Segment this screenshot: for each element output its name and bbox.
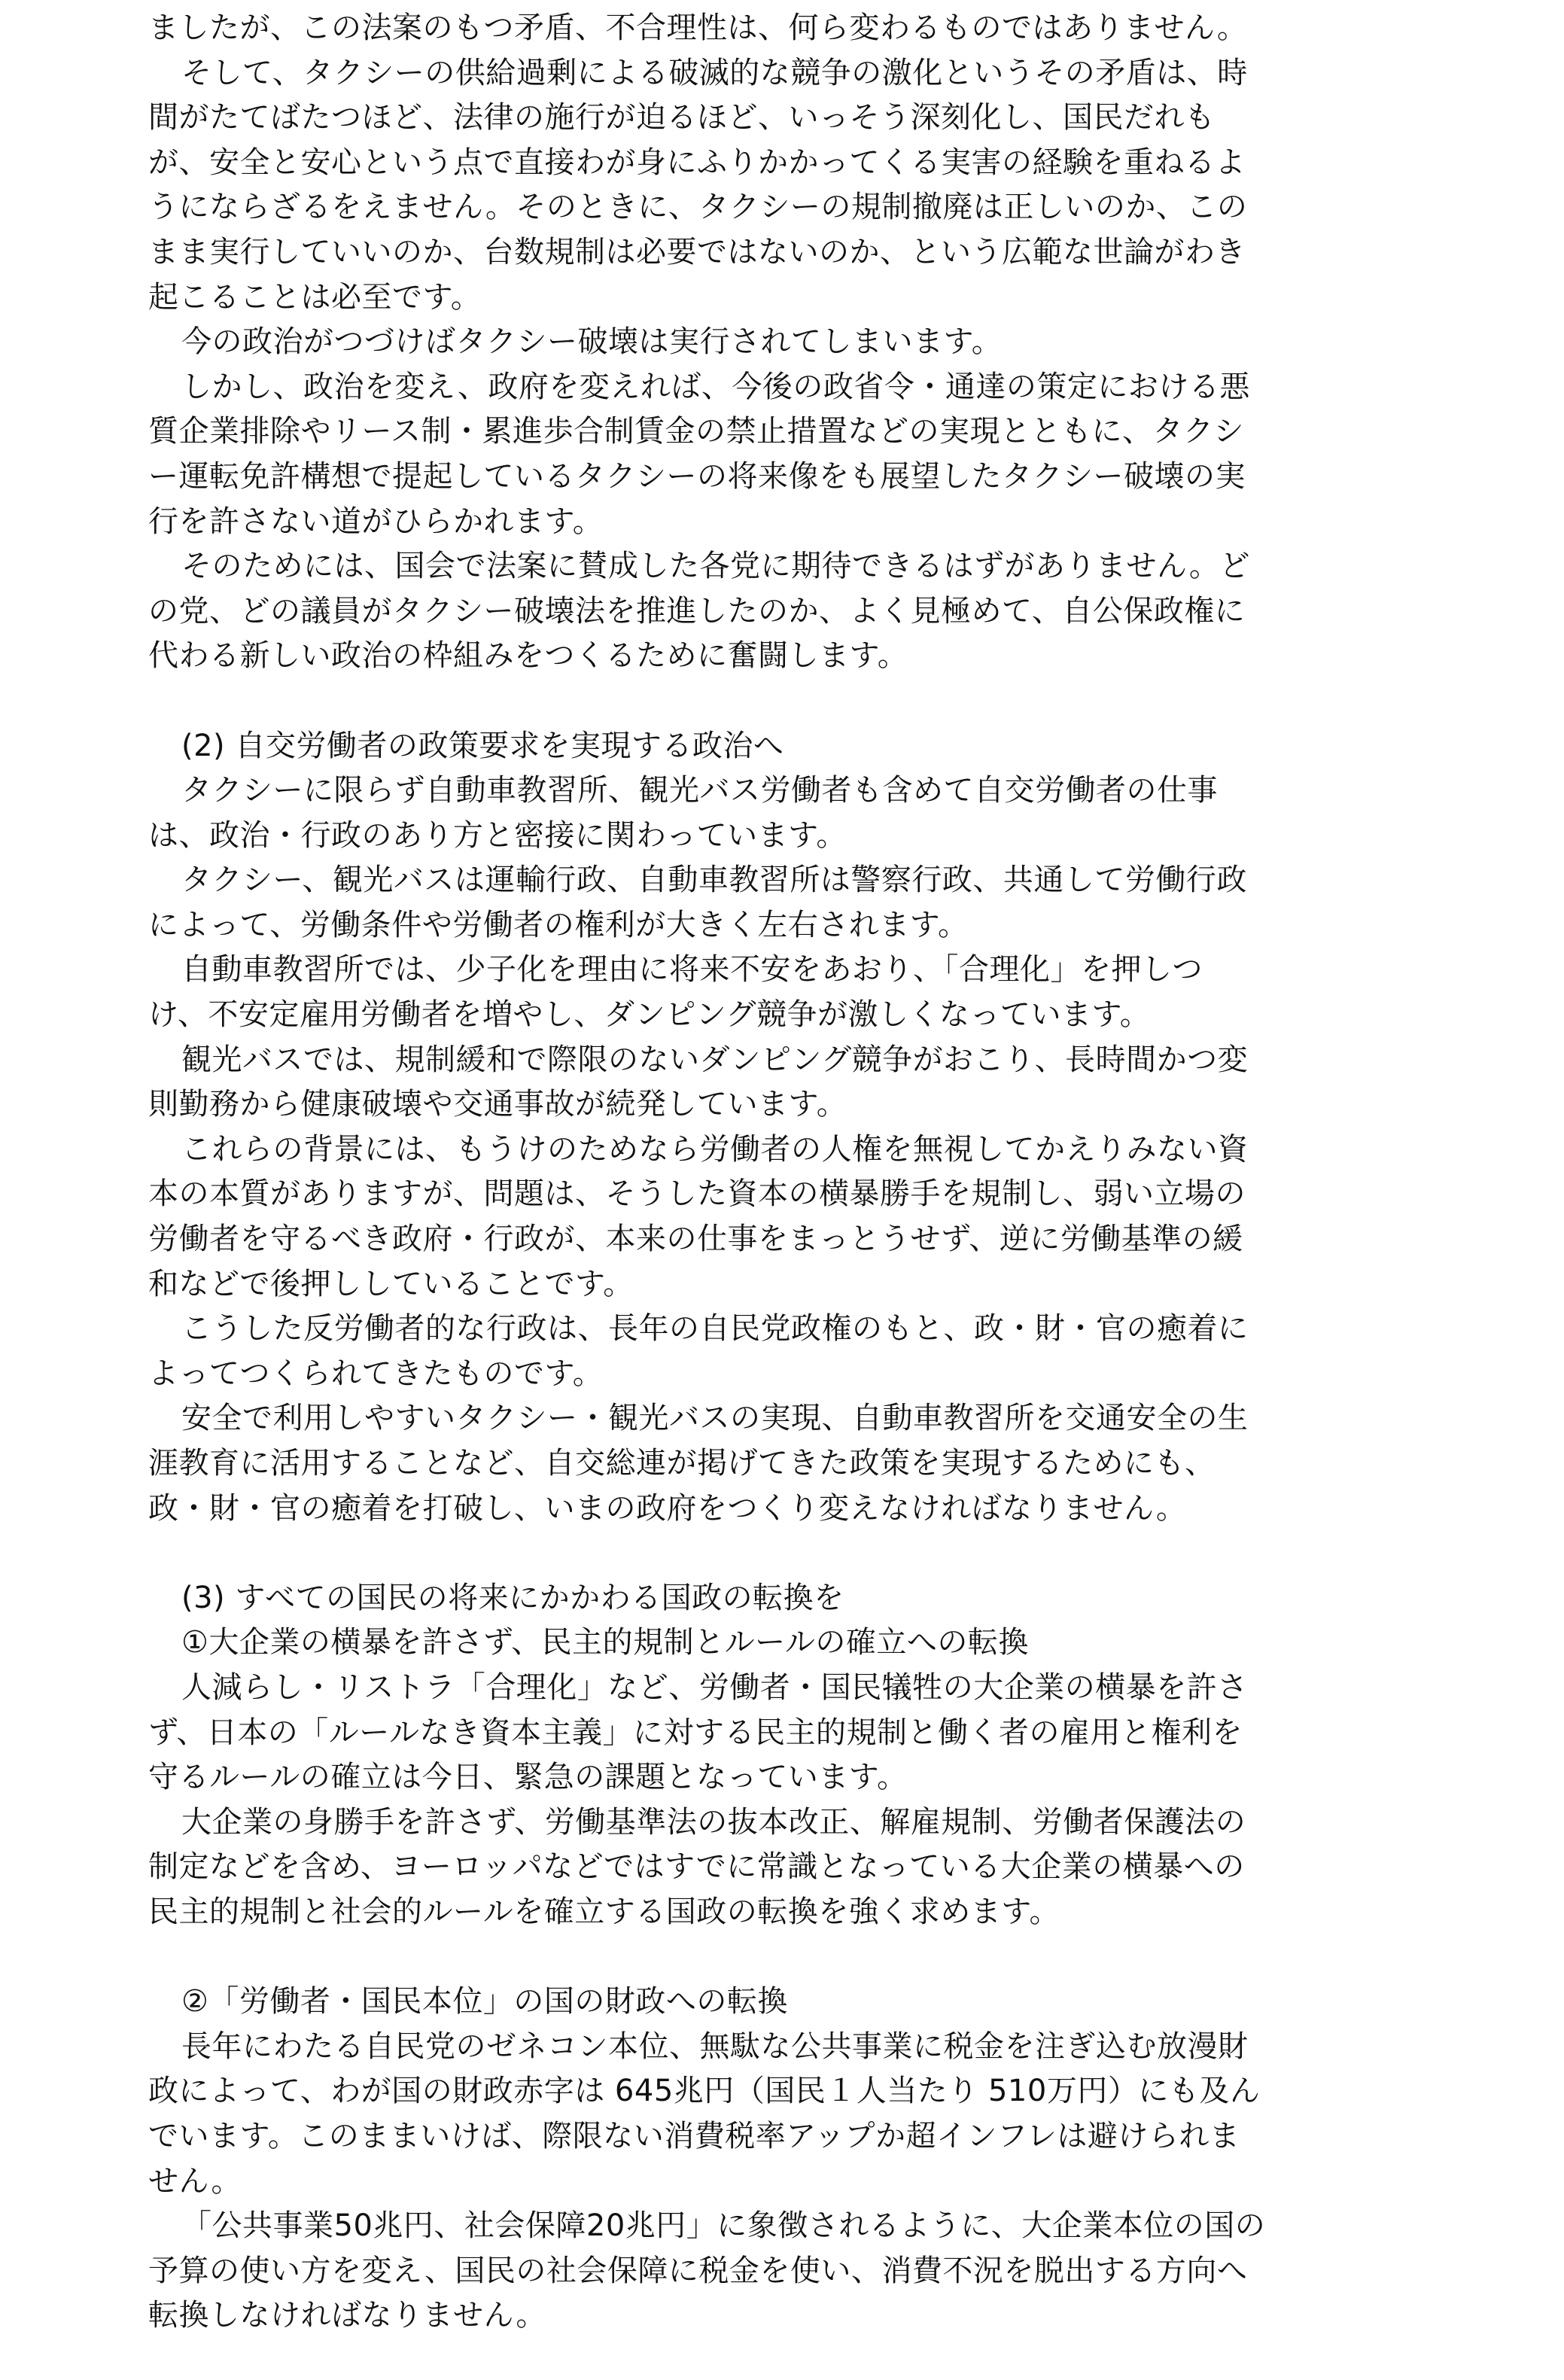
text-line: これらの背景には、もうけのためなら労働者の人権を無視してかえりみない資 (148, 1128, 1398, 1173)
text-line: 「公共事業50兆円、社会保障20兆円」に象徴されるように、大企業本位の国の (148, 2204, 1398, 2249)
text-line: 人減らし・リストラ「合理化」など、労働者・国民犠牲の大企業の横暴を許さ (148, 1666, 1398, 1711)
text-line: 制定などを含め、ヨーロッパなどではすでに常識となっている大企業の横暴への (148, 1845, 1398, 1890)
text-line: 間がたてばたつほど、法律の施行が迫るほど、いっそう深刻化し、国民だれも (148, 96, 1398, 141)
text-line: 行を許さない道がひらかれます。 (148, 500, 1398, 545)
text-line: タクシーに限らず自動車教習所、観光バス労働者も含めて自交労働者の仕事 (148, 768, 1398, 814)
section-heading: ②「労働者・国民本位」の国の財政への転換 (148, 1980, 1398, 2025)
text-line: 政・財・官の癒着を打破し、いまの政府をつくり変えなければなりません。 (148, 1487, 1398, 1532)
blank-line (148, 1935, 1398, 1980)
text-line: 安全で利用しやすいタクシー・観光バスの実現、自動車教習所を交通安全の生 (148, 1396, 1398, 1441)
text-line: そのためには、国会で法案に賛成した各党に期待できるはずがありません。ど (148, 544, 1398, 589)
text-line: でいます。このままいけば、際限ない消費税率アップか超インフレは避けられま (148, 2114, 1398, 2159)
blank-line (148, 1531, 1398, 1576)
document-body: ましたが、この法案のもつ矛盾、不合理性は、何ら変わるものではありません。そして、… (148, 6, 1398, 2339)
text-line: こうした反労働者的な行政は、長年の自民党政権のもと、政・財・官の癒着に (148, 1307, 1398, 1352)
text-line: は、政治・行政のあり方と密接に関わっています。 (148, 814, 1398, 859)
text-line: 則勤務から健康破壊や交通事故が続発しています。 (148, 1082, 1398, 1128)
text-line: け、不安定雇用労働者を増やし、ダンピング競争が激しくなっています。 (148, 993, 1398, 1038)
text-line: そして、タクシーの供給過剰による破滅的な競争の激化というその矛盾は、時 (148, 51, 1398, 96)
section-heading: ①大企業の横暴を許さず、民主的規制とルールの確立への転換 (148, 1621, 1398, 1666)
text-line: 民主的規制と社会的ルールを確立する国政の転換を強く求めます。 (148, 1890, 1398, 1935)
blank-line (148, 679, 1398, 724)
text-line: まま実行していいのか、台数規制は必要ではないのか、という広範な世論がわき (148, 230, 1398, 275)
section-heading: (2) 自交労働者の政策要求を実現する政治へ (148, 724, 1398, 769)
text-line: の党、どの議員がタクシー破壊法を推進したのか、よく見極めて、自公保政権に (148, 589, 1398, 635)
text-line: 質企業排除やリース制・累進歩合制賃金の禁止措置などの実現とともに、タクシ (148, 409, 1398, 455)
text-line: 起こることは必至です。 (148, 275, 1398, 321)
text-line: 守るルールの確立は今日、緊急の課題となっています。 (148, 1755, 1398, 1800)
text-line: うにならざるをえません。そのときに、タクシーの規制撤廃は正しいのか、この (148, 185, 1398, 230)
text-line: が、安全と安心という点で直接わが身にふりかかってくる実害の経験を重ねるよ (148, 141, 1398, 186)
section-heading: (3) すべての国民の将来にかかわる国政の転換を (148, 1576, 1398, 1621)
text-line: 大企業の身勝手を許さず、労働基準法の抜本改正、解雇規制、労働者保護法の (148, 1800, 1398, 1846)
text-line: によって、労働条件や労働者の権利が大きく左右されます。 (148, 903, 1398, 948)
text-line: 自動車教習所では、少子化を理由に将来不安をあおり、「合理化」を押しつ (148, 948, 1398, 993)
text-line: 予算の使い方を変え、国民の社会保障に税金を使い、消費不況を脱出する方向へ (148, 2249, 1398, 2294)
text-line: 長年にわたる自民党のゼネコン本位、無駄な公共事業に税金を注ぎ込む放漫財 (148, 2025, 1398, 2070)
text-line: 政によって、わが国の財政赤字は 645兆円（国民１人当たり 510万円）にも及ん (148, 2069, 1398, 2114)
text-line: 本の本質がありますが、問題は、そうした資本の横暴勝手を規制し、弱い立場の (148, 1172, 1398, 1217)
text-line: せん。 (148, 2159, 1398, 2205)
text-line: 労働者を守るべき政府・行政が、本来の仕事をまっとうせず、逆に労働基準の緩 (148, 1217, 1398, 1262)
text-line: しかし、政治を変え、政府を変えれば、今後の政省令・通達の策定における悪 (148, 365, 1398, 410)
text-line: 今の政治がつづけばタクシー破壊は実行されてしまいます。 (148, 320, 1398, 365)
text-line: ず、日本の「ルールなき資本主義」に対する民主的規制と働く者の雇用と権利を (148, 1711, 1398, 1756)
text-line: 観光バスでは、規制緩和で際限のないダンピング競争がおこり、長時間かつ変 (148, 1038, 1398, 1083)
text-line: 代わる新しい政治の枠組みをつくるために奮闘します。 (148, 634, 1398, 679)
text-line: 転換しなければなりません。 (148, 2293, 1398, 2339)
document-page: ましたが、この法案のもつ矛盾、不合理性は、何ら変わるものではありません。そして、… (148, 6, 1398, 2339)
text-line: タクシー、観光バスは運輸行政、自動車教習所は警察行政、共通して労働行政 (148, 858, 1398, 903)
text-line: ましたが、この法案のもつ矛盾、不合理性は、何ら変わるものではありません。 (148, 6, 1398, 51)
text-line: 涯教育に活用することなど、自交総連が掲げてきた政策を実現するためにも、 (148, 1441, 1398, 1487)
text-line: 和などで後押ししていることです。 (148, 1262, 1398, 1307)
text-line: よってつくられてきたものです。 (148, 1352, 1398, 1397)
text-line: ー運転免許構想で提起しているタクシーの将来像をも展望したタクシー破壊の実 (148, 455, 1398, 500)
